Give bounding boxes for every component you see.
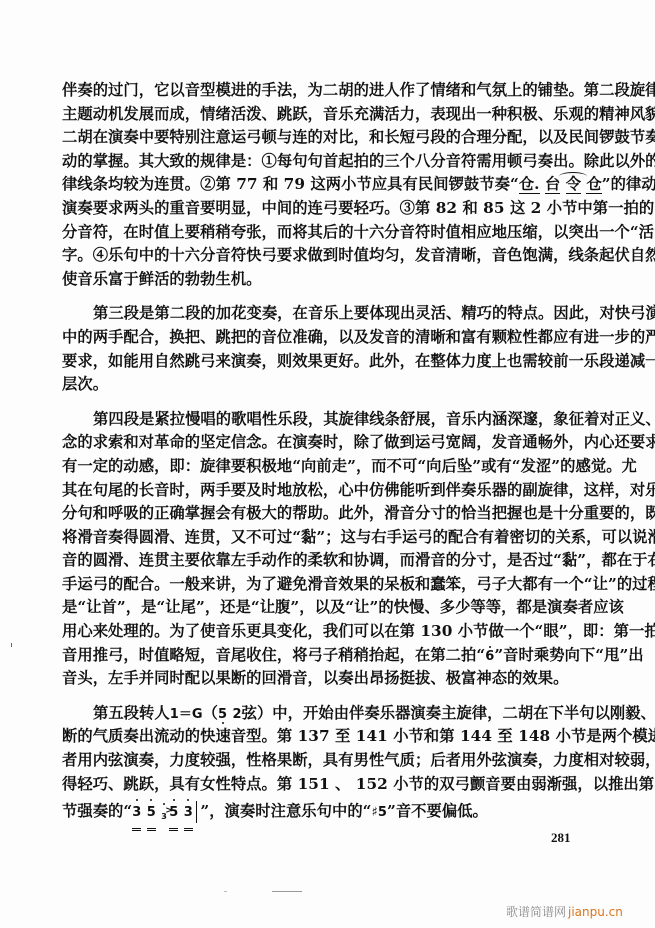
text-line: 使音乐富于鲜活的勃勃生机。	[62, 268, 618, 292]
text-line: 动的掌握。其大致的规律是：①每句句首起拍的三个八分音符需用顿弓奏出。除此以外的旋	[62, 150, 618, 174]
jianpu-note-low-5: 5	[218, 703, 227, 727]
text-line: 演奏要求两头的重音要明显，中间的连弓要轻巧。③第 82 和 85 这 2 小节中…	[62, 197, 618, 221]
text-segment: 音用推弓，时值略短，音尾收住，将弓子稍稍抬起，在第二拍“	[62, 646, 485, 664]
text-line: 手运弓的配合。一般来讲，为了避免滑音效果的呆板和蠢笨，弓子大都有一个“让”的过程…	[62, 573, 618, 597]
paragraph-gap	[62, 397, 618, 408]
text-line-with-note: 用心来处理的。为了使音乐更具变化，我们可以在第 130 小节做一个“眼”，即：第…	[62, 620, 618, 644]
jianpu-note-high-3: 3	[184, 798, 193, 831]
text-segment: （	[203, 704, 218, 722]
watermark: 歌谱简谱网jianpu.cn	[506, 903, 623, 920]
text-line: 念的求索和对革命的坚定信念。在演奏时，除了做到运弓宽阔，发音通畅外，内心还要求具	[62, 431, 618, 455]
gong-drum-notation: 仓. 台 令 仓	[519, 173, 602, 197]
text-segment: 第五段转人	[93, 704, 170, 722]
watermark-site-url: jianpu.cn	[568, 905, 623, 919]
text-segment: ”音不要偏低。	[387, 802, 488, 820]
key-signature: 1＝G	[170, 703, 203, 727]
text-segment: ”音时乘势向下“甩”出	[494, 646, 643, 664]
bar-line	[196, 801, 198, 823]
page-body: 伴奏的过门，它以音型模进的手法，为二胡的进人作了情绪和气氛上的铺垫。第二段旋律由…	[62, 79, 618, 826]
text-line: 是“让首”，是“让尾”，还是“让腹”，以及“让”的快慢、多少等等，都是演奏者应该	[62, 596, 618, 620]
text-line: 音的圆滑、连贯主要依靠左手动作的柔软和协调，而滑音的分寸，是否过“黏”，都在于右	[62, 549, 618, 573]
jianpu-note-2: 2	[232, 703, 241, 727]
jianpu-note-high-5: 5	[169, 798, 178, 831]
text-line: 其在句尾的长音时，两手要及时地放松，心中仿佛能听到伴奏乐器的副旋律，这样，对乐曲	[62, 479, 618, 503]
text-line: 音头，左手并同时配以果断的回滑音，以奏出昂扬挺拔、极富神态的效果。	[62, 667, 618, 691]
jianpu-note-high-5: 5	[147, 798, 156, 831]
text-line-with-key-signature: 第五段转人1＝G（5 2弦）中，开始由伴奏乐器演奏主旋律，二胡在下半句以刚毅、果	[62, 702, 618, 726]
jianpu-note-high-6: 6	[485, 645, 494, 669]
text-segment: ”，演奏时注意乐句中的“	[200, 802, 371, 820]
text-line: 层次。	[62, 373, 618, 397]
text-line: 将滑音奏得圆滑、连贯，又不可过“黏”；这与右手运弓的配合有着密切的关系，可以说滑	[62, 526, 618, 550]
text-segment: 弦	[242, 704, 257, 722]
page-number: 281	[551, 830, 571, 846]
jianpu-note-sharp-5: ♯5	[372, 798, 387, 828]
text-line-with-gong-drum-notation: 律线条均较为连贯。②第 77 和 79 这两小节应具有民间锣鼓节奏“仓. 台 令…	[62, 173, 618, 197]
text-line: 主题动机发展而成，情绪活泼、跳跃，音乐充满活力，表现出一种积极、乐观的精神风貌。	[62, 103, 618, 127]
slur-mark	[559, 172, 587, 181]
text-line: 第四段是紧拉慢唱的歌唱性乐段，其旋律线条舒展，音乐内涵深邃，象征着对正义、理	[62, 408, 618, 432]
text-line: 得轻巧、跳跃，具有女性特点。第 151 、 152 小节的双弓颤音要由弱渐强，以…	[62, 773, 618, 797]
text-line: 断的气质奏出流动的快速音型。第 137 至 141 小节和第 144 至 148…	[62, 725, 618, 749]
text-line-with-notation: 节强奏的“3 5 3>5 3”，演奏时注意乐句中的“♯5”音不要偏低。	[62, 796, 618, 826]
scan-artifact	[272, 891, 302, 892]
text-line: 者用内弦演奏，力度较强，性格果断，具有男性气质；后者用外弦演奏，力度相对较弱，奏	[62, 749, 618, 773]
text-line: 二胡在演奏中要特别注意运弓顿与连的对比，和长短弓段的合理分配，以及民间锣鼓节奏律	[62, 126, 618, 150]
text-line: 伴奏的过门，它以音型模进的手法，为二胡的进人作了情绪和气氛上的铺垫。第二段旋律由	[62, 79, 618, 103]
watermark-site-name: 歌谱简谱网	[506, 905, 566, 919]
text-segment: ”的律动感，	[602, 175, 655, 193]
paragraph-third-section: 第三段是第二段的加花变奏，在音乐上要体现出灵活、精巧的特点。因此，对快弓演奏 中…	[62, 302, 618, 396]
text-line: 第三段是第二段的加花变奏，在音乐上要体现出灵活、精巧的特点。因此，对快弓演奏	[62, 302, 618, 326]
text-segment: 律线条均较为连贯。②第 77 和 79 这两小节应具有民间锣鼓节奏“	[62, 175, 519, 193]
text-line: 有一定的动感，即：旋律要积极地“向前走”，而不可“向后坠”或有“发涩”的感觉。尤	[62, 455, 618, 479]
text-line: 分句和呼吸的正确掌握会有极大的帮助。此外，滑音分寸的恰当把握也是十分重要的，既要	[62, 502, 618, 526]
syllable: 仓.	[519, 175, 540, 194]
text-line-with-note: 音用推弓，时值略短，音尾收住，将弓子稍稍抬起，在第二拍“6”音时乘势向下“甩”出	[62, 644, 618, 668]
scan-margin-mark	[11, 643, 12, 647]
text-segment: 节强奏的“	[62, 802, 132, 820]
text-segment: 用心来处理的。为了使音乐更具变化，我们可以在第 130 小节做一个“眼”，即：第…	[62, 622, 655, 640]
paragraph-gap	[62, 691, 618, 702]
scan-artifact	[224, 891, 227, 892]
text-line: 中的两手配合，换把、跳把的音位准确，以及发音的清晰和富有颗粒性都应有进一步的严格	[62, 326, 618, 350]
paragraph-second-section: 伴奏的过门，它以音型模进的手法，为二胡的进人作了情绪和气氛上的铺垫。第二段旋律由…	[62, 79, 618, 291]
jianpu-note-high-3: 3	[132, 798, 141, 831]
text-line: 要求，如能用自然跳弓来演奏，则效果更好。此外，在整体力度上也需较前一乐段递减一个	[62, 350, 618, 374]
paragraph-fifth-section: 第五段转人1＝G（5 2弦）中，开始由伴奏乐器演奏主旋律，二胡在下半句以刚毅、果…	[62, 702, 618, 826]
paragraph-gap	[62, 291, 618, 302]
syllable: 台	[545, 175, 560, 194]
text-line: 字。④乐句中的十六分音符快弓要求做到时值均匀，发音清晰，音色饱满，线条起伏自然，	[62, 244, 618, 268]
syllable: 仓	[586, 175, 601, 194]
text-line: 分音符，在时值上要稍稍夸张，而将其后的十六分音符时值相应地压缩，以突出一个“活”	[62, 221, 618, 245]
paragraph-fourth-section: 第四段是紧拉慢唱的歌唱性乐段，其旋律线条舒展，音乐内涵深邃，象征着对正义、理 念…	[62, 408, 618, 691]
text-segment: ）中，开始由伴奏乐器演奏主旋律，二胡在下半句以刚毅、果	[257, 704, 655, 722]
jianpu-phrase: 3 5 3>5 3	[132, 796, 200, 831]
